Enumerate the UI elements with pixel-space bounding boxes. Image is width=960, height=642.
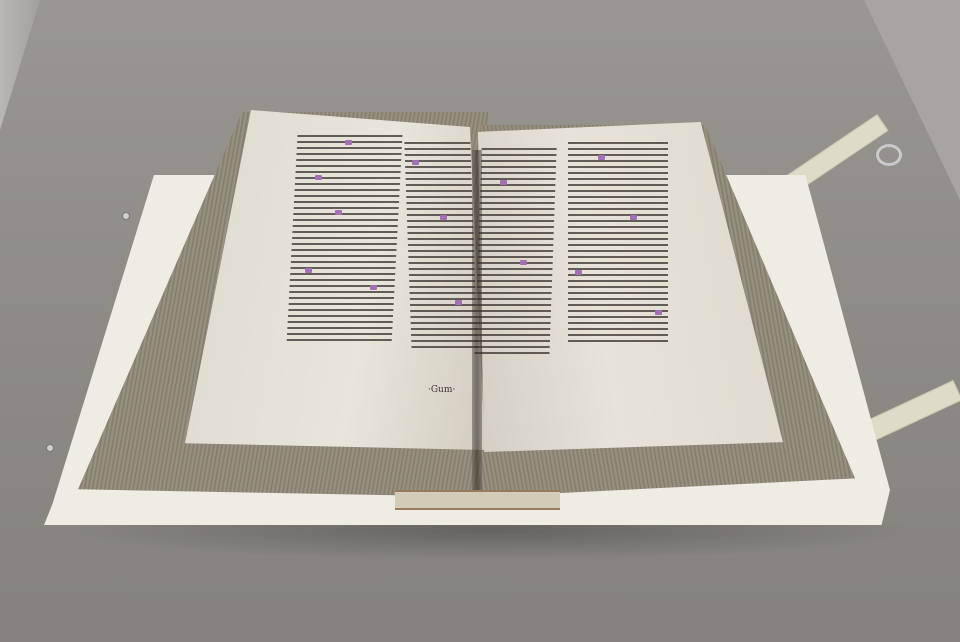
left-page-column-2 (404, 142, 477, 352)
catchword: ·Gum· (428, 385, 455, 395)
metal-ring (876, 144, 902, 166)
rubric-initial (520, 260, 527, 265)
rubric-initial (575, 270, 582, 275)
rubric-initial (345, 140, 352, 145)
left-page-column-1 (286, 135, 402, 345)
board-pin (122, 212, 130, 220)
rubric-initial (315, 175, 322, 180)
right-page-column-1 (474, 148, 556, 358)
rubric-initial (305, 268, 312, 273)
rubric-initial (655, 310, 662, 315)
rubric-initial (455, 300, 462, 305)
rubric-initial (630, 215, 637, 220)
rubric-initial (598, 155, 605, 160)
rubric-initial (440, 215, 447, 220)
rubric-initial (370, 285, 377, 290)
rubric-initial (500, 180, 507, 185)
right-page-column-2 (568, 142, 668, 342)
board-pin (46, 444, 54, 452)
book-headband (395, 490, 560, 510)
rubric-initial (412, 160, 419, 165)
rubric-initial (335, 210, 342, 215)
